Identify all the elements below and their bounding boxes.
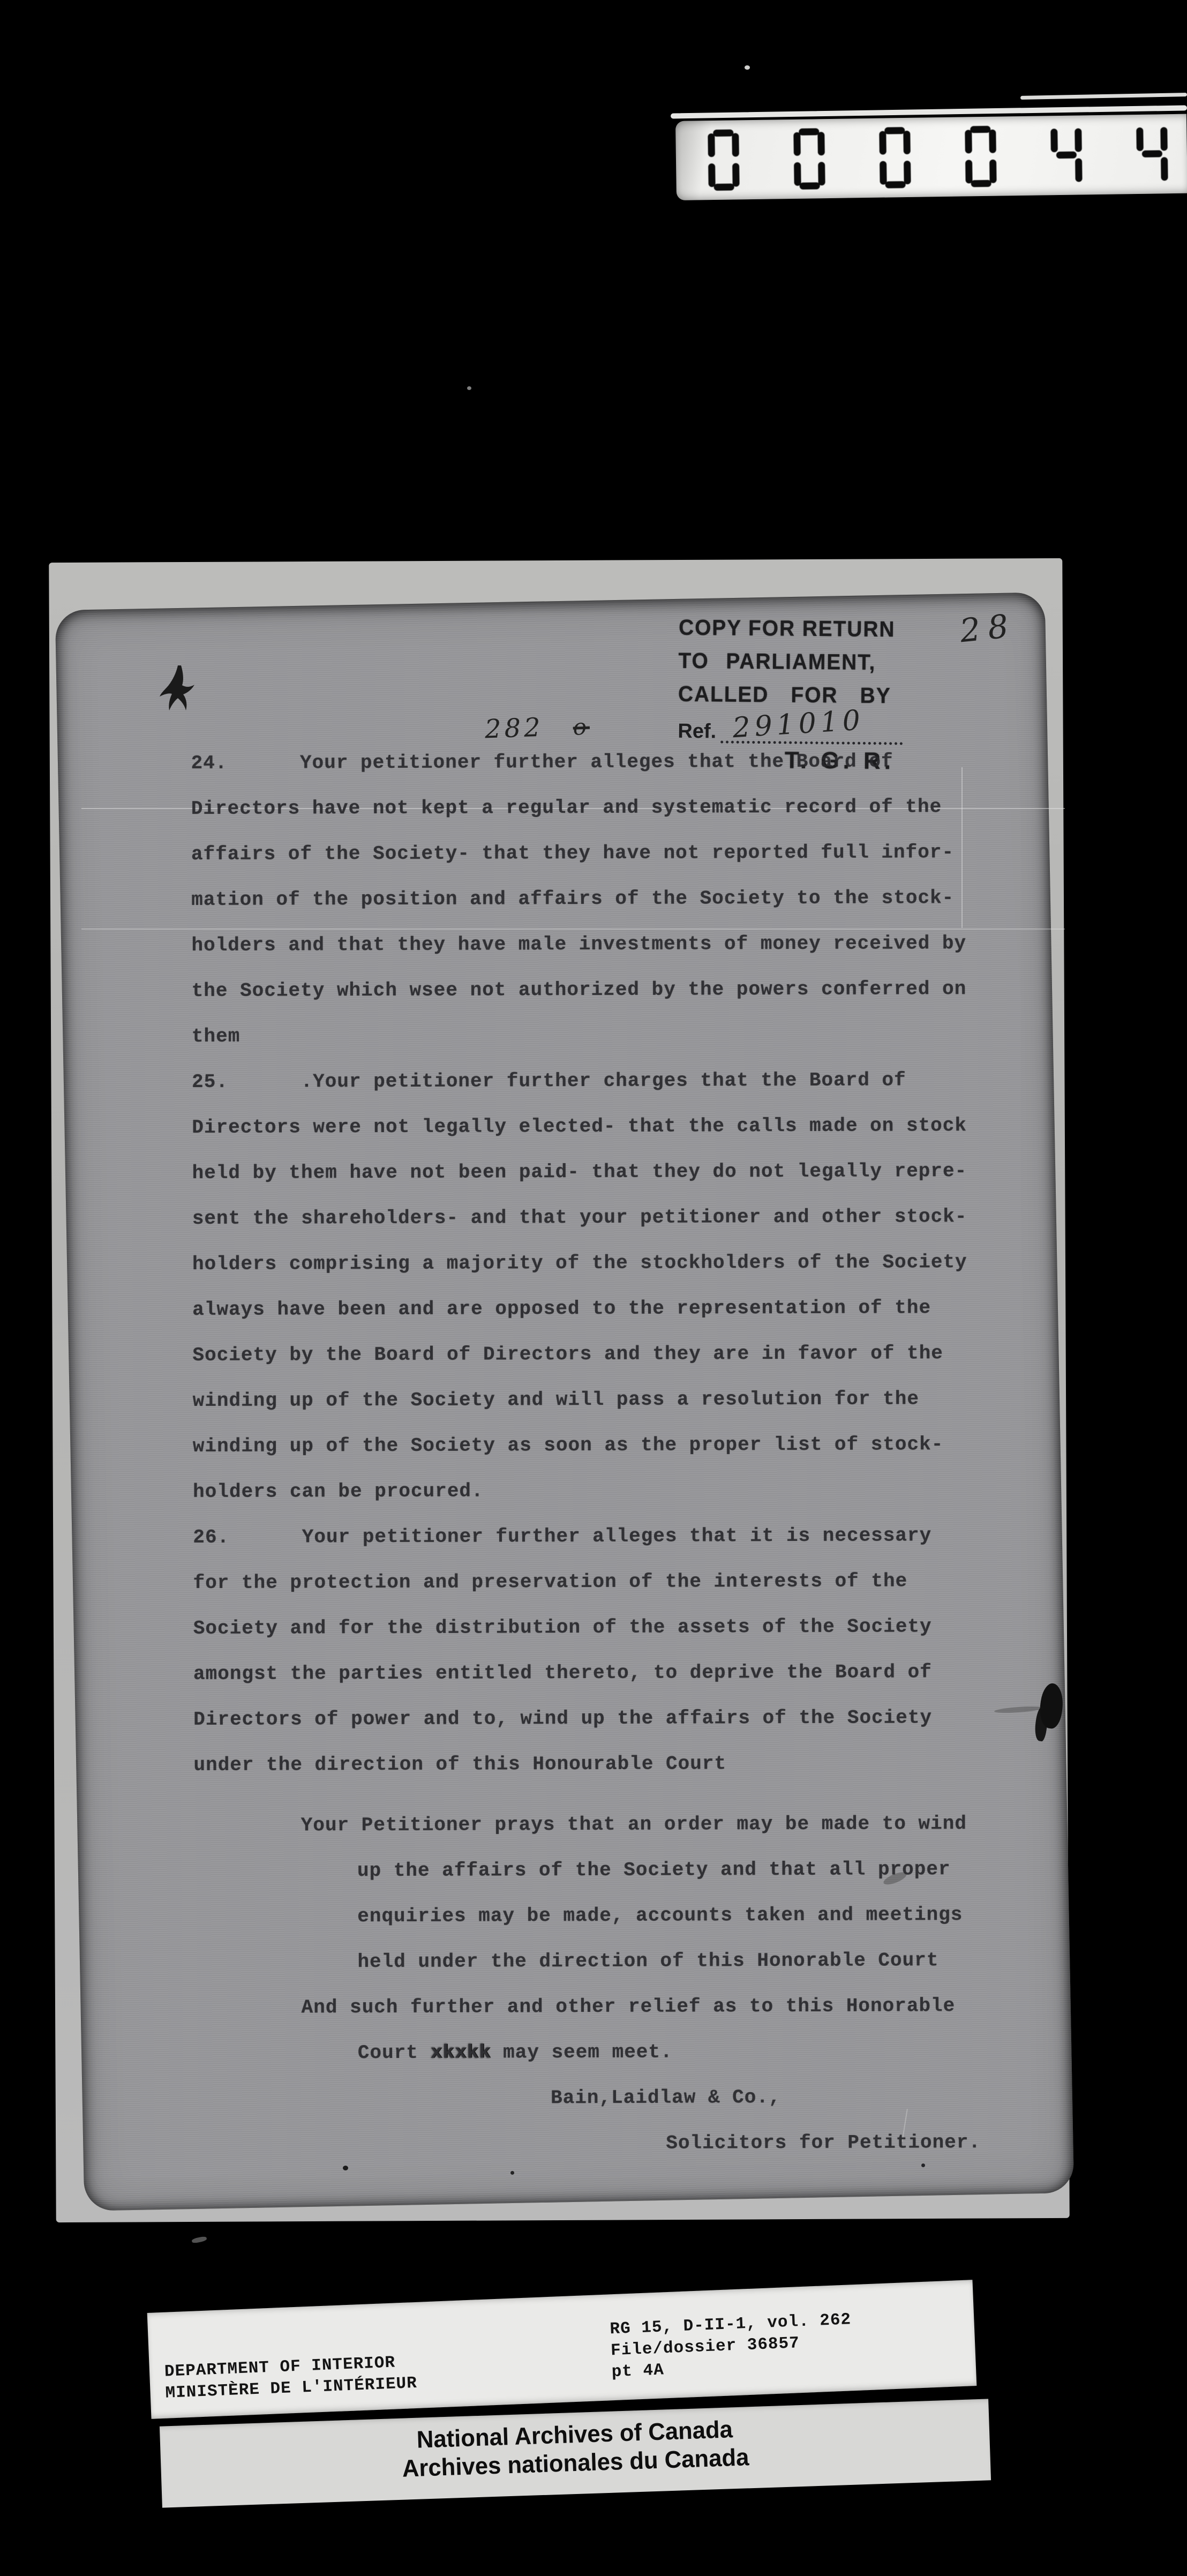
counter-digit: [1136, 123, 1168, 185]
stamp-line-1: COPY FOR RETURN: [679, 611, 944, 646]
typed-line: always have been and are opposed to the …: [192, 1297, 985, 1344]
typed-line: Directors were not legally elected- that…: [192, 1114, 985, 1162]
typed-line: sent the shareholders- and that your pet…: [192, 1205, 985, 1253]
typed-line: Directors of power and to, wind up the a…: [193, 1706, 986, 1754]
typed-line: Society by the Board of Directors and th…: [192, 1342, 985, 1390]
typed-line: 24. Your petitioner further alleges that…: [191, 750, 984, 798]
counter-digit: [965, 126, 997, 188]
national-archives-banner: National Archives of Canada Archives nat…: [160, 2399, 991, 2507]
frame-counter-digits: [675, 123, 1168, 191]
handwritten-struck-letter: o: [573, 714, 590, 740]
stamp-ref-underline: 291010: [720, 717, 903, 745]
typed-line: 26. Your petitioner further alleges that…: [193, 1524, 986, 1572]
overtyped-word: xkxkk: [430, 2041, 491, 2063]
stamp-line-2: TO PARLIAMENT,: [678, 644, 943, 679]
dust-speck: [467, 386, 471, 390]
ink-blot: [156, 663, 199, 713]
typed-line: up the affairs of the Society and that a…: [194, 1858, 987, 1906]
film-edge-sliver-small: [1020, 93, 1187, 100]
typed-line: Directors have not kept a regular and sy…: [191, 796, 984, 843]
typed-line: mation of the position and affairs of th…: [191, 887, 984, 934]
typed-line: Bain,Laidlaw & Co.,: [194, 2086, 987, 2133]
archive-reference: RG 15, D-II-1, vol. 262 File/dossier 368…: [610, 2309, 853, 2383]
typed-line: amongst the parties entitled thereto, to…: [193, 1661, 986, 1709]
typed-line: holders and that they have male investme…: [191, 932, 984, 980]
frame-counter: [675, 114, 1187, 200]
typed-line: enquiries may be made, accounts taken an…: [194, 1904, 987, 1951]
typed-line: Court xkxkk may seem meet.: [194, 2040, 987, 2088]
typed-line: winding up of the Society and will pass …: [193, 1388, 986, 1435]
counter-digit: [708, 129, 740, 191]
typed-line: And such further and other relief as to …: [194, 1995, 987, 2042]
typed-line: held under the direction of this Honorab…: [194, 1949, 987, 1997]
department-label-left: DEPARTMENT OF INTERIOR MINISTÈRE DE L'IN…: [164, 2352, 417, 2405]
handwritten-file-note-number: 282: [484, 713, 544, 745]
typed-line: holders can be procured.: [193, 1479, 986, 1526]
dust-speck: [745, 65, 750, 70]
microfilm-frame: { "film": { "counter_value": "000044" },…: [0, 0, 1187, 2576]
typed-line: under the direction of this Honourable C…: [193, 1752, 986, 1800]
counter-digit: [1050, 124, 1083, 186]
typed-line: affairs of the Society- that they have n…: [191, 841, 984, 889]
typed-line: held by them have not been paid- that th…: [192, 1160, 985, 1208]
typed-line: winding up of the Society as soon as the…: [193, 1433, 986, 1481]
typed-line: Solicitors for Petitioner.: [194, 2131, 987, 2179]
petition-body: 24. Your petitioner further alleges that…: [191, 750, 988, 2179]
typed-line: 25. .Your petitioner further charges tha…: [192, 1069, 985, 1117]
typed-line: Society and for the distribution of the …: [193, 1615, 986, 1663]
counter-digit: [879, 127, 911, 189]
typed-line: the Society which wsee not authorized by…: [192, 978, 985, 1025]
counter-digit: [793, 128, 825, 190]
typed-line: holders comprising a majority of the sto…: [192, 1251, 985, 1299]
handwritten-page-number: 28: [958, 607, 1018, 650]
typed-line: Your Petitioner prays that an order may …: [194, 1813, 987, 1860]
department-label: DEPARTMENT OF INTERIOR MINISTÈRE DE L'IN…: [147, 2280, 977, 2419]
handwritten-file-note: 282o: [484, 711, 590, 745]
typed-line: them: [192, 1023, 985, 1071]
stamp-ref-label: Ref.: [678, 720, 716, 744]
typed-line: for the protection and preservation of t…: [193, 1570, 986, 1618]
dust-speck: [191, 2236, 207, 2244]
stamp-ref-row: Ref. 291010: [678, 717, 956, 746]
